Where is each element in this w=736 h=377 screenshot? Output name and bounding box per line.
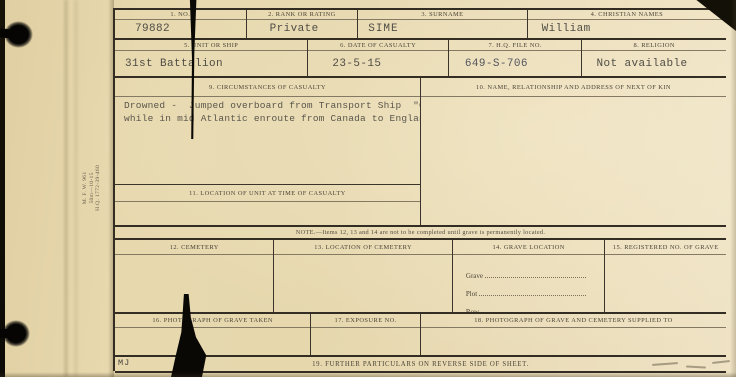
field-value-photo-supplied — [421, 328, 726, 355]
field-value-location-of-unit — [115, 202, 420, 225]
field-unit: 5. UNIT OR SHIP 31st Battalion — [115, 40, 308, 76]
scan-left-edge — [0, 0, 5, 377]
row-unit-date: 5. UNIT OR SHIP 31st Battalion 6. DATE O… — [115, 40, 726, 78]
field-label-hq-file-no: 7. H.Q. FILE NO. — [449, 40, 582, 51]
field-grave-location: 14. GRAVE LOCATION Grave Plot Row — [453, 240, 606, 312]
field-label-photo-taken: 16. PHOTOGRAPH OF GRAVE TAKEN — [115, 314, 310, 328]
field-label-cemetery-location: 13. LOCATION OF CEMETERY — [274, 240, 451, 255]
field-christian-names: 4. CHRISTIAN NAMES William — [528, 10, 726, 38]
note-strip: NOTE.—Items 12, 13 and 14 are not to be … — [115, 227, 726, 240]
punch-hole-tear — [0, 329, 11, 338]
plot-line: Plot — [466, 280, 591, 298]
dotted-leader — [479, 295, 586, 296]
field-photo-taken: 16. PHOTOGRAPH OF GRAVE TAKEN — [115, 314, 311, 355]
footer-text: 19. FURTHER PARTICULARS ON REVERSE SIDE … — [115, 361, 726, 368]
row-line-label: Row — [466, 308, 479, 312]
field-value-rank: Private — [247, 20, 358, 38]
field-label-exposure-no: 17. EXPOSURE NO. — [311, 314, 420, 328]
field-label-cemetery: 12. CEMETERY — [115, 240, 273, 255]
row-cemetery: 12. CEMETERY 13. LOCATION OF CEMETERY 14… — [115, 240, 726, 314]
scanned-casualty-record: M. F. W. 961 50m—10-15 H.Q. 1772-39-460 … — [0, 0, 736, 377]
field-value-christian-names: William — [528, 20, 726, 38]
field-value-circumstances: Drowned - Jumped overboard from Transpor… — [115, 97, 420, 184]
section-circumstances: 9. CIRCUMSTANCES OF CASUALTY Drowned - J… — [115, 78, 421, 225]
field-label-surname: 3. SURNAME — [358, 10, 526, 20]
footer-strip: 19. FURTHER PARTICULARS ON REVERSE SIDE … — [115, 357, 726, 373]
field-surname: 3. SURNAME SIME — [358, 10, 527, 38]
circumstances-line2: while in mid Atlantic enroute from Canad… — [124, 113, 421, 124]
field-label-registered-no: 15. REGISTERED NO. OF GRAVE — [605, 240, 726, 255]
scan-right-shade — [730, 0, 736, 377]
row-line: Row — [466, 298, 591, 312]
field-value-photo-taken — [115, 328, 310, 355]
field-label-no: 1. NO. — [115, 10, 246, 20]
row-photograph: 16. PHOTOGRAPH OF GRAVE TAKEN 17. EXPOSU… — [115, 314, 726, 357]
field-date-of-casualty: 6. DATE OF CASUALTY 23-5-15 — [308, 40, 449, 76]
field-value-cemetery — [115, 255, 273, 312]
plot-line-label: Plot — [466, 290, 477, 298]
field-value-no: 79882 — [115, 20, 246, 38]
field-value-registered-no — [605, 255, 726, 312]
grave-line: Grave — [466, 262, 591, 280]
field-label-religion: 8. RELIGION — [582, 40, 726, 51]
field-label-next-of-kin: 10. NAME, RELATIONSHIP AND ADDRESS OF NE… — [421, 78, 726, 97]
circumstances-line1: Drowned - Jumped overboard from Transpor… — [124, 100, 421, 111]
stamp-mark: MJ — [118, 358, 130, 368]
field-cemetery: 12. CEMETERY — [115, 240, 274, 312]
field-label-location-of-unit: 11. LOCATION OF UNIT AT TIME OF CASUALTY — [115, 184, 420, 202]
field-hq-file-no: 7. H.Q. FILE NO. 649-S-706 — [449, 40, 583, 76]
dotted-leader — [485, 277, 586, 278]
field-religion: 8. RELIGION Not available — [582, 40, 726, 76]
field-label-grave-location: 14. GRAVE LOCATION — [453, 240, 605, 255]
field-value-date-of-casualty: 23-5-15 — [308, 51, 448, 76]
field-label-date-of-casualty: 6. DATE OF CASUALTY — [308, 40, 448, 51]
field-value-unit: 31st Battalion — [115, 51, 307, 76]
field-cemetery-location: 13. LOCATION OF CEMETERY — [274, 240, 452, 312]
grave-line-label: Grave — [466, 272, 483, 280]
scan-bottom-shade — [0, 372, 736, 377]
field-label-photo-supplied: 18. PHOTOGRAPH OF GRAVE AND CEMETERY SUP… — [421, 314, 726, 328]
field-label-unit: 5. UNIT OR SHIP — [115, 40, 307, 51]
grave-location-lines: Grave Plot Row — [453, 255, 605, 312]
field-value-religion: Not available — [582, 51, 726, 76]
casualty-form-card: 1. NO. 79882 2. RANK OR RATING Private 3… — [113, 8, 726, 371]
row-identity: 1. NO. 79882 2. RANK OR RATING Private 3… — [115, 10, 726, 40]
field-registered-no: 15. REGISTERED NO. OF GRAVE — [605, 240, 726, 312]
field-value-hq-file-no: 649-S-706 — [449, 51, 582, 76]
punch-hole-tear — [0, 28, 13, 39]
field-exposure-no: 17. EXPOSURE NO. — [311, 314, 421, 355]
field-photo-supplied: 18. PHOTOGRAPH OF GRAVE AND CEMETERY SUP… — [421, 314, 726, 355]
field-rank: 2. RANK OR RATING Private — [247, 10, 359, 38]
note-text: NOTE.—Items 12, 13 and 14 are not to be … — [115, 229, 726, 236]
imprint-line: H.Q. 1772-39-460 — [95, 165, 102, 211]
field-value-exposure-no — [311, 328, 420, 355]
field-no: 1. NO. 79882 — [115, 10, 247, 38]
field-label-christian-names: 4. CHRISTIAN NAMES — [528, 10, 726, 20]
row-circumstances: 9. CIRCUMSTANCES OF CASUALTY Drowned - J… — [115, 78, 726, 227]
field-value-cemetery-location — [274, 255, 451, 312]
section-next-of-kin: 10. NAME, RELATIONSHIP AND ADDRESS OF NE… — [421, 78, 726, 225]
field-value-next-of-kin — [421, 97, 726, 225]
field-value-surname: SIME — [358, 20, 526, 38]
field-label-rank: 2. RANK OR RATING — [247, 10, 358, 20]
field-label-circumstances: 9. CIRCUMSTANCES OF CASUALTY — [115, 78, 420, 97]
